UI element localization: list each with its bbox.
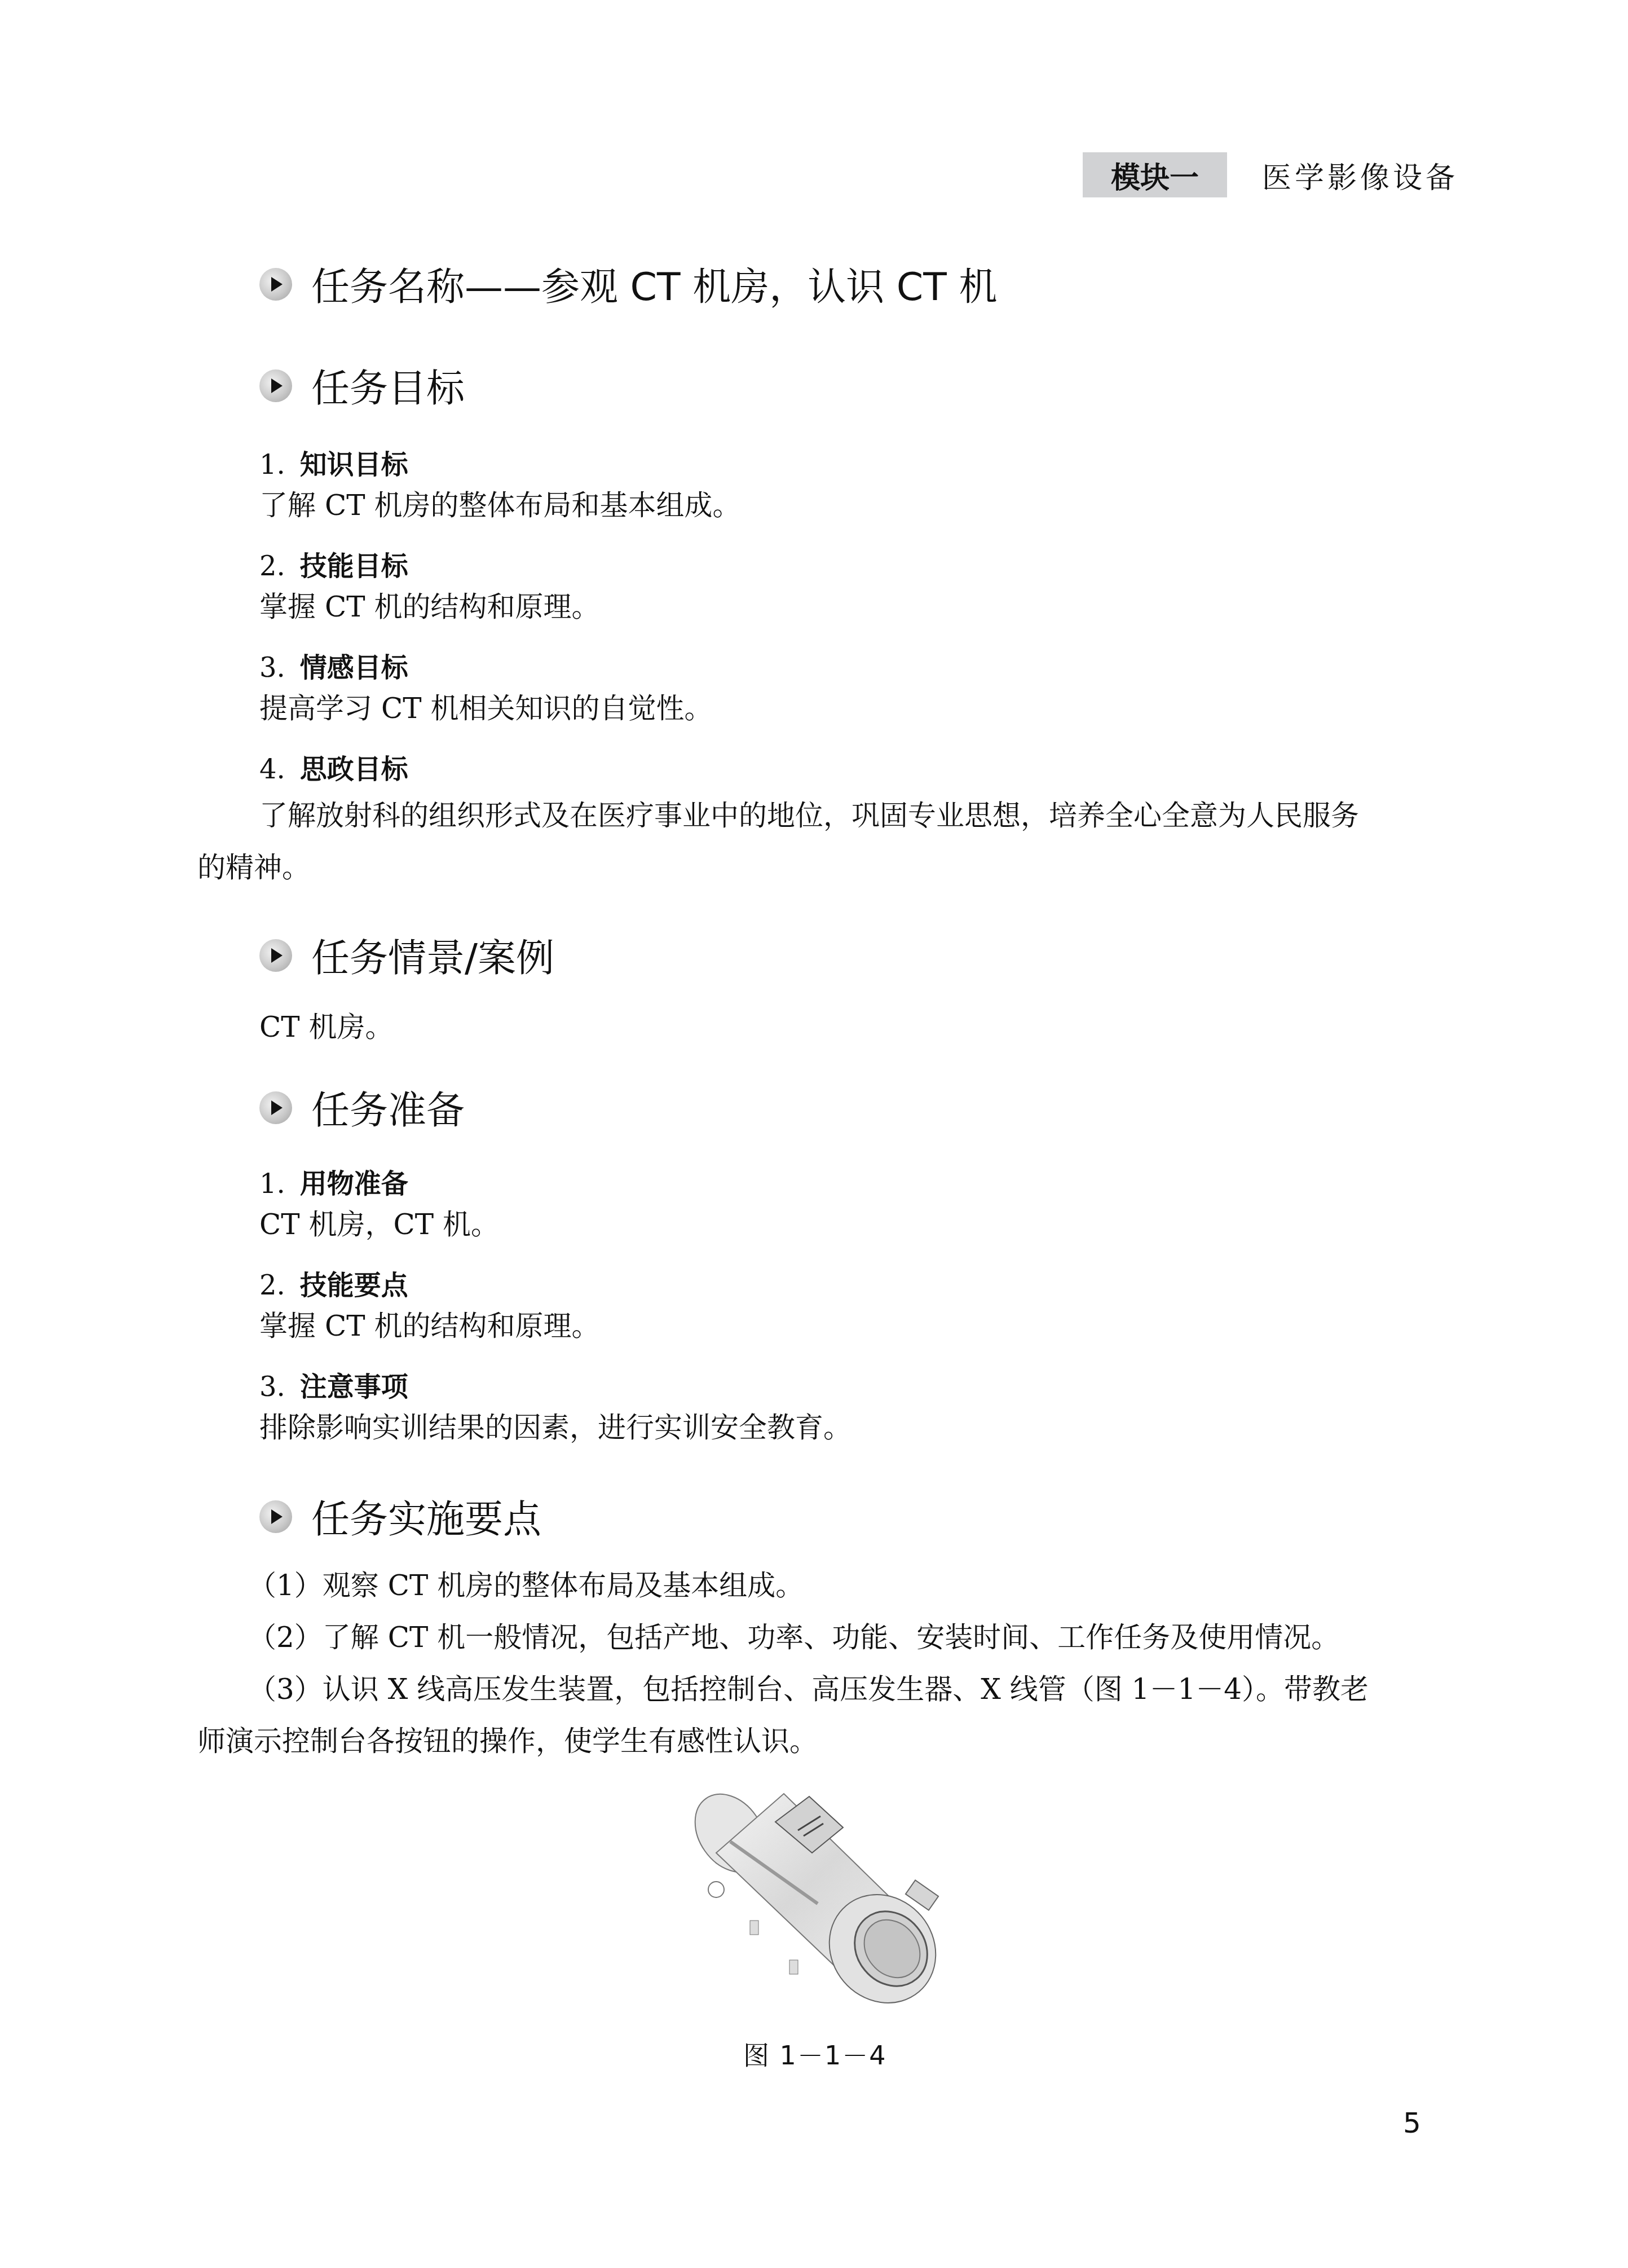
precautions-text: 排除影响实训结果的因素，进行实训安全教育。: [259, 1402, 1432, 1454]
section-title: 任务名称——参观 CT 机房，认识 CT 机: [311, 257, 998, 311]
sub-heading-skill-goal: 2.技能目标: [259, 544, 408, 583]
sub-heading-precautions: 3.注意事项: [259, 1365, 408, 1404]
sub-heading-emotion-goal: 3.情感目标: [259, 646, 408, 685]
section-heading-task-preparation: 任务准备: [259, 1080, 465, 1135]
play-bullet-icon: [259, 268, 292, 301]
sub-heading-materials: 1.用物准备: [259, 1162, 408, 1201]
section-heading-task-name: 任务名称——参观 CT 机房，认识 CT 机: [259, 257, 998, 311]
running-header: 模块一 医学影像设备: [1083, 152, 1458, 197]
sub-heading-skill-points: 2.技能要点: [259, 1263, 408, 1302]
section-heading-task-implementation: 任务实施要点: [259, 1489, 541, 1544]
play-bullet-icon: [259, 939, 292, 972]
section-title: 任务准备: [311, 1080, 465, 1135]
page-number: 5: [1403, 2107, 1421, 2139]
implementation-step-3: （3）认识 X 线高压发生装置，包括控制台、高压发生器、X 线管（图 1－1－4…: [197, 1663, 1370, 1767]
skill-points-text: 掌握 CT 机的结构和原理。: [259, 1300, 1432, 1352]
section-heading-task-goals: 任务目标: [259, 358, 465, 413]
section-title: 任务实施要点: [311, 1489, 541, 1544]
skill-goal-text: 掌握 CT 机的结构和原理。: [259, 581, 1432, 633]
knowledge-goal-text: 了解 CT 机房的整体布局和基本组成。: [259, 479, 1432, 531]
section-title: 任务情景/案例: [311, 928, 554, 983]
module-label: 模块一: [1083, 152, 1227, 197]
book-title: 医学影像设备: [1262, 154, 1458, 196]
scenario-text: CT 机房。: [259, 1001, 1432, 1053]
sub-heading-knowledge-goal: 1.知识目标: [259, 443, 408, 482]
section-title: 任务目标: [311, 358, 465, 413]
ideology-goal-text: 了解放射科的组织形式及在医疗事业中的地位，巩固专业思想，培养全心全意为人民服务的…: [197, 790, 1370, 893]
play-bullet-icon: [259, 369, 292, 402]
play-bullet-icon: [259, 1500, 292, 1533]
x-ray-tube-icon: [682, 1780, 964, 2028]
materials-text: CT 机房，CT 机。: [259, 1199, 1432, 1250]
implementation-step-2: （2）了解 CT 机一般情况，包括产地、功率、功能、安装时间、工作任务及使用情况…: [248, 1611, 1421, 1663]
sub-heading-ideology-goal: 4.思政目标: [259, 747, 408, 786]
section-heading-task-scenario: 任务情景/案例: [259, 928, 554, 983]
implementation-step-1: （1）观察 CT 机房的整体布局及基本组成。: [248, 1560, 1421, 1611]
figure-caption: 图 1－1－4: [743, 2035, 886, 2072]
x-ray-tube-figure: [682, 1780, 964, 2028]
play-bullet-icon: [259, 1091, 292, 1124]
emotion-goal-text: 提高学习 CT 机相关知识的自觉性。: [259, 682, 1432, 734]
